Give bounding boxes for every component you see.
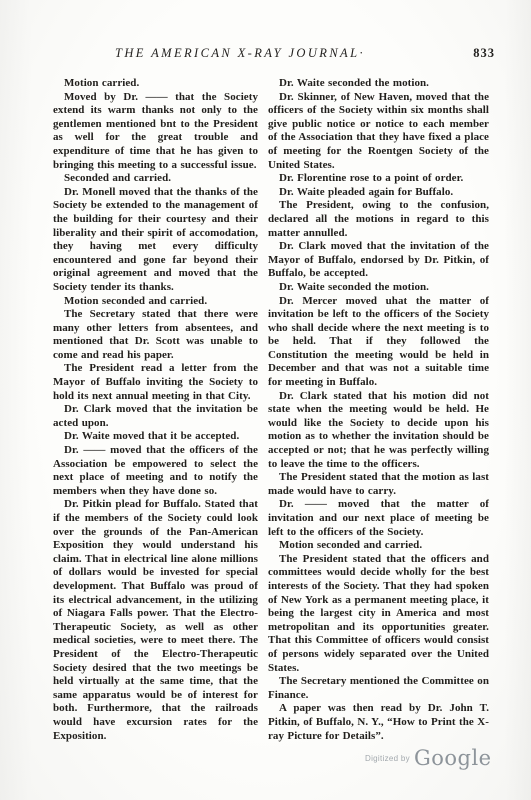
paragraph: Dr. Waite seconded the motion. [268,281,489,295]
paragraph: Dr. Waite seconded the motion. [268,77,489,91]
paragraph: Motion seconded and carried. [53,295,258,309]
paragraph: Dr. —— moved that the matter of invitati… [268,498,489,539]
right-column: Dr. Waite seconded the motion. Dr. Skinn… [268,77,489,743]
page-number: 833 [473,46,495,61]
paragraph: Motion seconded and carried. [268,539,489,553]
paragraph: The Secretary mentioned the Committee on… [268,675,489,702]
paragraph: The President stated that the motion as … [268,471,489,498]
page-header: THE AMERICAN X-RAY JOURNAL· 833 [53,46,497,64]
paragraph: Dr. Pitkin plead for Buffalo. Stated tha… [53,498,258,743]
paragraph: The Secretary stated that there were man… [53,308,258,362]
paragraph: Seconded and carried. [53,172,258,186]
paragraph: Dr. Clark moved that the invitation of t… [268,240,489,281]
journal-title: THE AMERICAN X-RAY JOURNAL· [53,46,427,61]
left-column: Motion carried. Moved by Dr. —— that the… [53,77,258,743]
paragraph: Moved by Dr. —— that the Society extend … [53,91,258,173]
google-logo: Google [414,746,492,770]
google-watermark: Digitized by Google [365,746,492,770]
paragraph: Dr. Mercer moved uhat the matter of invi… [268,295,489,390]
paragraph: Dr. Skinner, of New Haven, moved that th… [268,91,489,173]
paragraph: Motion carried. [53,77,258,91]
paragraph: Dr. Waite pleaded again for Buffalo. [268,186,489,200]
paragraph: The President read a letter from the May… [53,362,258,403]
paragraph: Dr. Clark stated that his motion did not… [268,390,489,472]
paragraph: A paper was then read by Dr. John T. Pit… [268,702,489,743]
paragraph: Dr. Clark moved that the invitation be a… [53,403,258,430]
paragraph: Dr. Monell moved that the thanks of the … [53,186,258,295]
paragraph: Dr. —— moved that the officers of the As… [53,444,258,498]
paragraph: Dr. Waite moved that it be accepted. [53,430,258,444]
digitized-by-label: Digitized by [365,754,410,763]
paragraph: Dr. Florentine rose to a point of order. [268,172,489,186]
paragraph: The President stated that the officers a… [268,553,489,675]
paragraph: The President, owing to the confusion, d… [268,199,489,240]
